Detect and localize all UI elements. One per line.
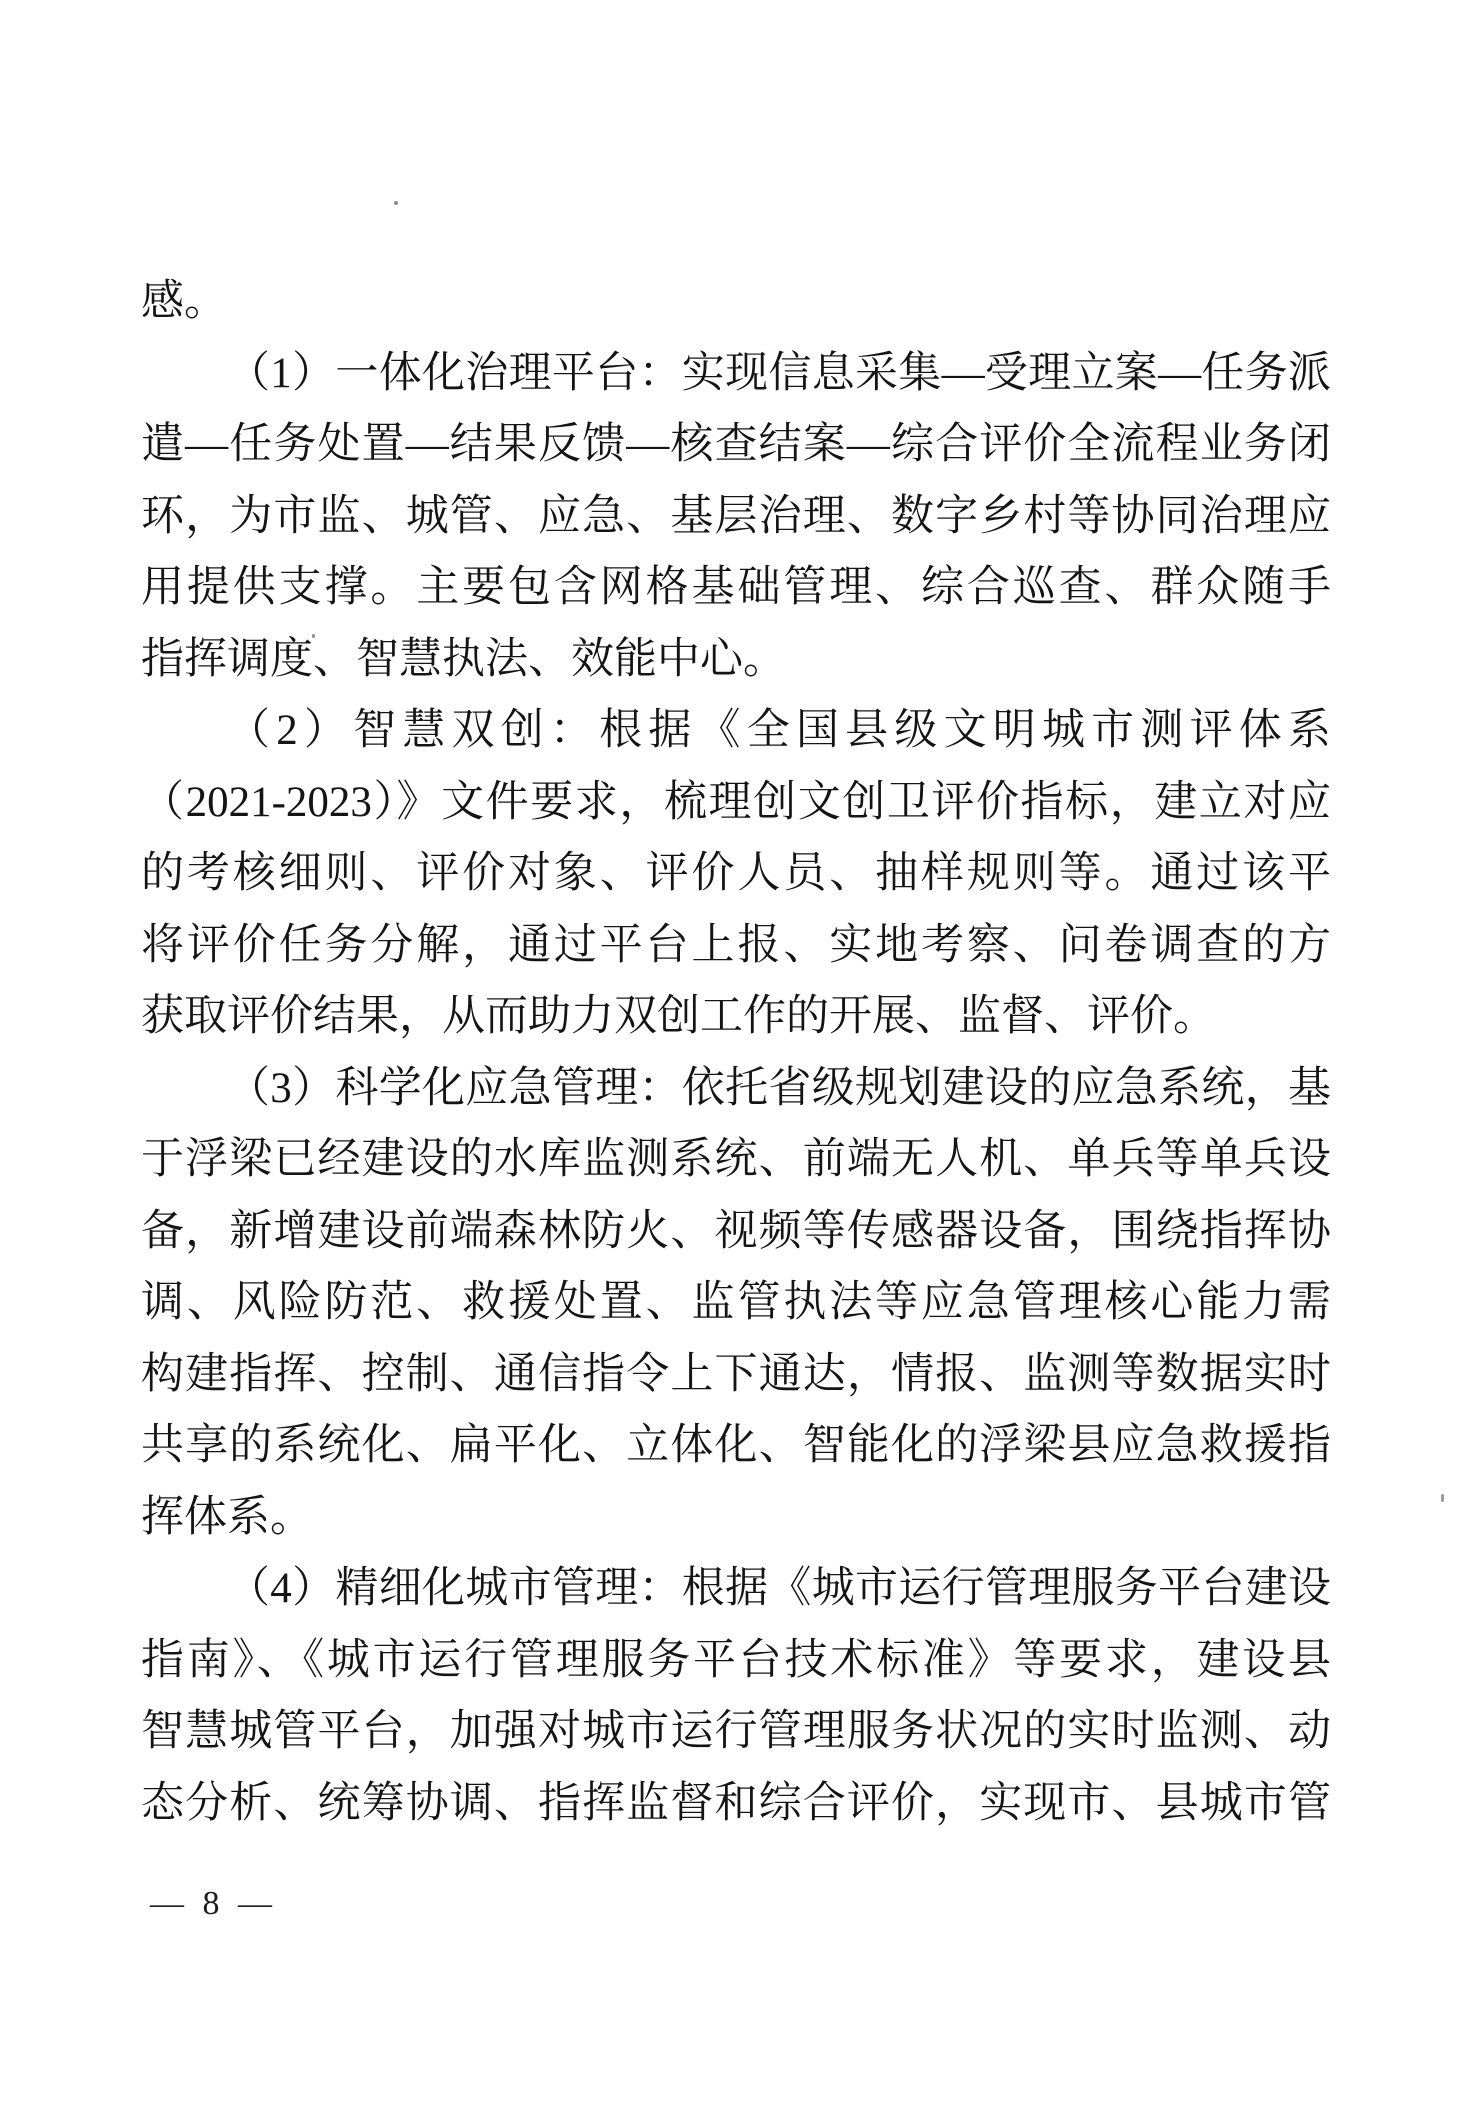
text-line: 感。 [141,266,1331,338]
paragraph-0: 感。 [141,266,1331,338]
text-line: 备，新增建设前端森林防火、视频等传感器设备，围绕指挥协 [141,1196,1331,1268]
text-line: 将评价任务分解，通过平台上报、实地考察、问卷调查的方式， [141,910,1331,982]
text-line: 的考核细则、评价对象、评价人员、抽样规则等。通过该平台， [141,838,1331,910]
text-line: （4）精细化城市管理：根据《城市运行管理服务平台建设 [141,1553,1331,1625]
text-line: 指南》、《城市运行管理服务平台技术标准》等要求，建设县 [141,1625,1331,1697]
text-line: （2021-2023）》文件要求，梳理创文创卫评价指标，建立对应 [141,767,1331,839]
text-line: 调、风险防范、救援处置、监管执法等应急管理核心能力需求， [141,1267,1331,1339]
page-number: — 8 — [150,1882,277,1926]
text-line: 遣—任务处置—结果反馈—核查结案—综合评价全流程业务闭 [141,409,1331,481]
paragraph-3: （3）科学化应急管理：依托省级规划建设的应急系统，基于浮梁已经建设的水库监测系统… [141,1053,1331,1554]
text-line: （2）智慧双创：根据《全国县级文明城市测评体系 [141,695,1331,767]
paragraph-4: （4）精细化城市管理：根据《城市运行管理服务平台建设指南》、《城市运行管理服务平… [141,1553,1331,1839]
text-line: 于浮梁已经建设的水库监测系统、前端无人机、单兵等单兵设 [141,1124,1331,1196]
scan-speck [394,201,398,205]
scan-speck [312,634,315,638]
text-line: 用提供支撑。主要包含网格基础管理、综合巡查、群众随手拍、 [141,552,1331,624]
text-line: 构建指挥、控制、通信指令上下通达，情报、监测等数据实时 [141,1339,1331,1411]
scan-speck [1441,1494,1444,1502]
text-line: （3）科学化应急管理：依托省级规划建设的应急系统，基 [141,1053,1331,1125]
paragraph-2: （2）智慧双创：根据《全国县级文明城市测评体系（2021-2023）》文件要求，… [141,695,1331,1053]
text-line: 态分析、统筹协调、指挥监督和综合评价，实现市、县城市管 [141,1768,1331,1840]
document-page: 感。（1）一体化治理平台：实现信息采集—受理立案—任务派遣—任务处置—结果反馈—… [0,0,1479,2107]
doc-body: 感。（1）一体化治理平台：实现信息采集—受理立案—任务派遣—任务处置—结果反馈—… [141,266,1331,1839]
text-line: 共享的系统化、扁平化、立体化、智能化的浮梁县应急救援指 [141,1410,1331,1482]
text-line: 获取评价结果，从而助力双创工作的开展、监督、评价。 [141,981,1331,1053]
text-line: 指挥调度、智慧执法、效能中心。 [141,624,1331,696]
text-line: 挥体系。 [141,1482,1331,1554]
text-line: （1）一体化治理平台：实现信息采集—受理立案—任务派 [141,338,1331,410]
paragraph-1: （1）一体化治理平台：实现信息采集—受理立案—任务派遣—任务处置—结果反馈—核查… [141,338,1331,696]
text-line: 智慧城管平台，加强对城市运行管理服务状况的实时监测、动 [141,1696,1331,1768]
text-line: 环，为市监、城管、应急、基层治理、数字乡村等协同治理应 [141,481,1331,553]
